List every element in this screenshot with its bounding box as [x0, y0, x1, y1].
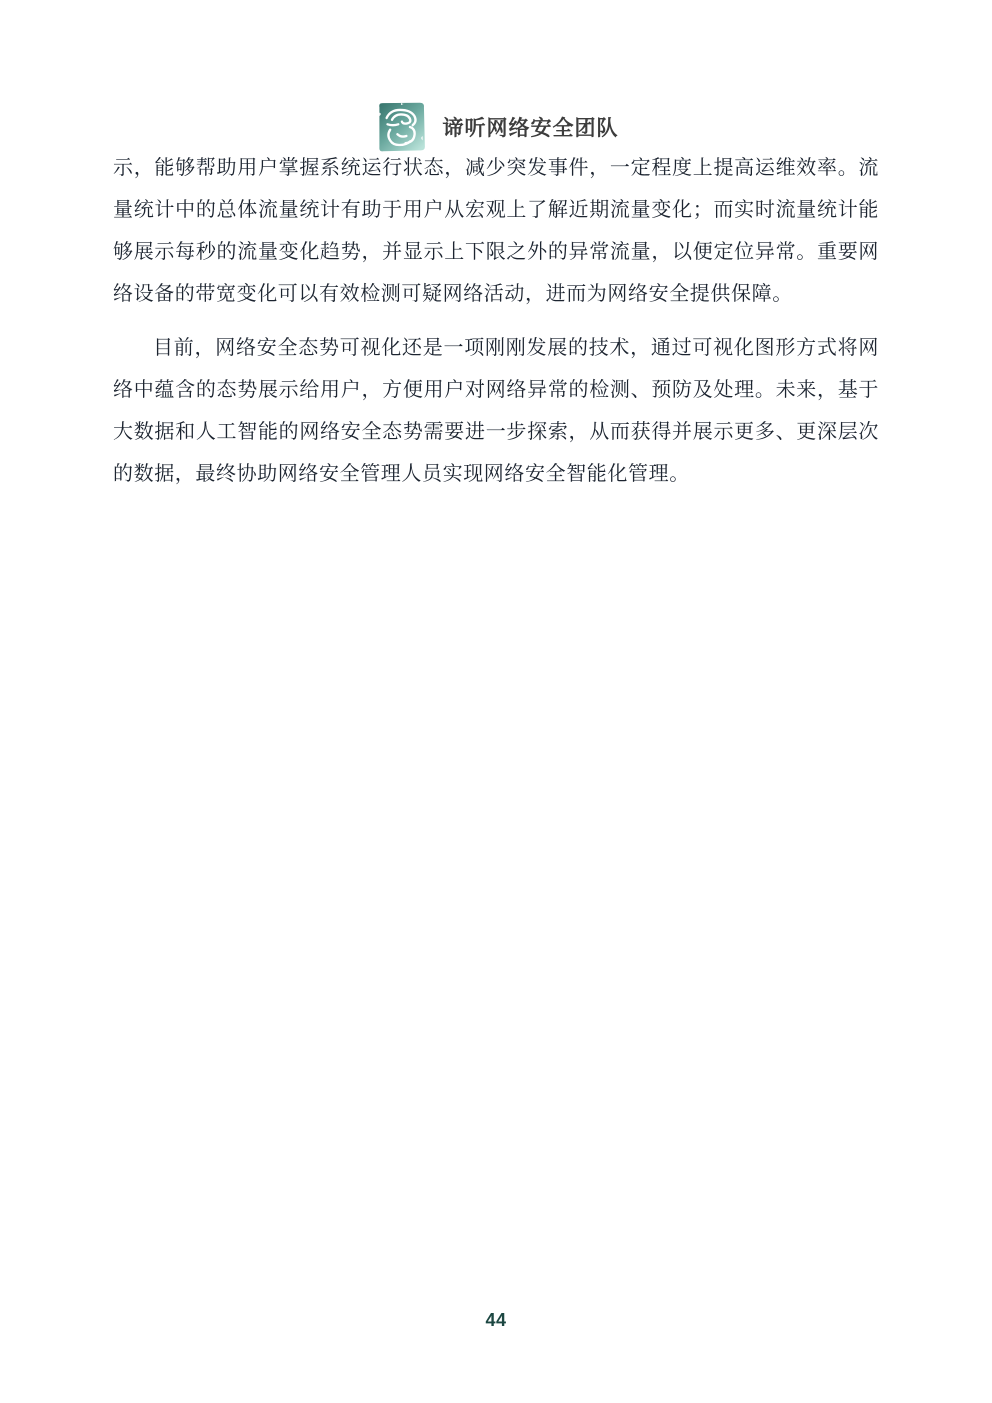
paragraph-traffic-statistics: 示，能够帮助用户掌握系统运行状态，减少突发事件，一定程度上提高运维效率。流量统计… — [113, 147, 879, 315]
document-body: 示，能够帮助用户掌握系统运行状态，减少突发事件，一定程度上提高运维效率。流量统计… — [113, 147, 879, 495]
paragraph-situation-visualization: 目前，网络安全态势可视化还是一项刚刚发展的技术，通过可视化图形方式将网络中蕴含的… — [113, 327, 879, 495]
page-footer: 44 — [0, 1310, 992, 1331]
diting-seal-logo-icon — [374, 100, 428, 154]
page-number: 44 — [485, 1310, 506, 1330]
document-page: 谛听网络安全团队 示，能够帮助用户掌握系统运行状态，减少突发事件，一定程度上提高… — [0, 0, 992, 1403]
team-name-title: 谛听网络安全团队 — [443, 112, 619, 142]
